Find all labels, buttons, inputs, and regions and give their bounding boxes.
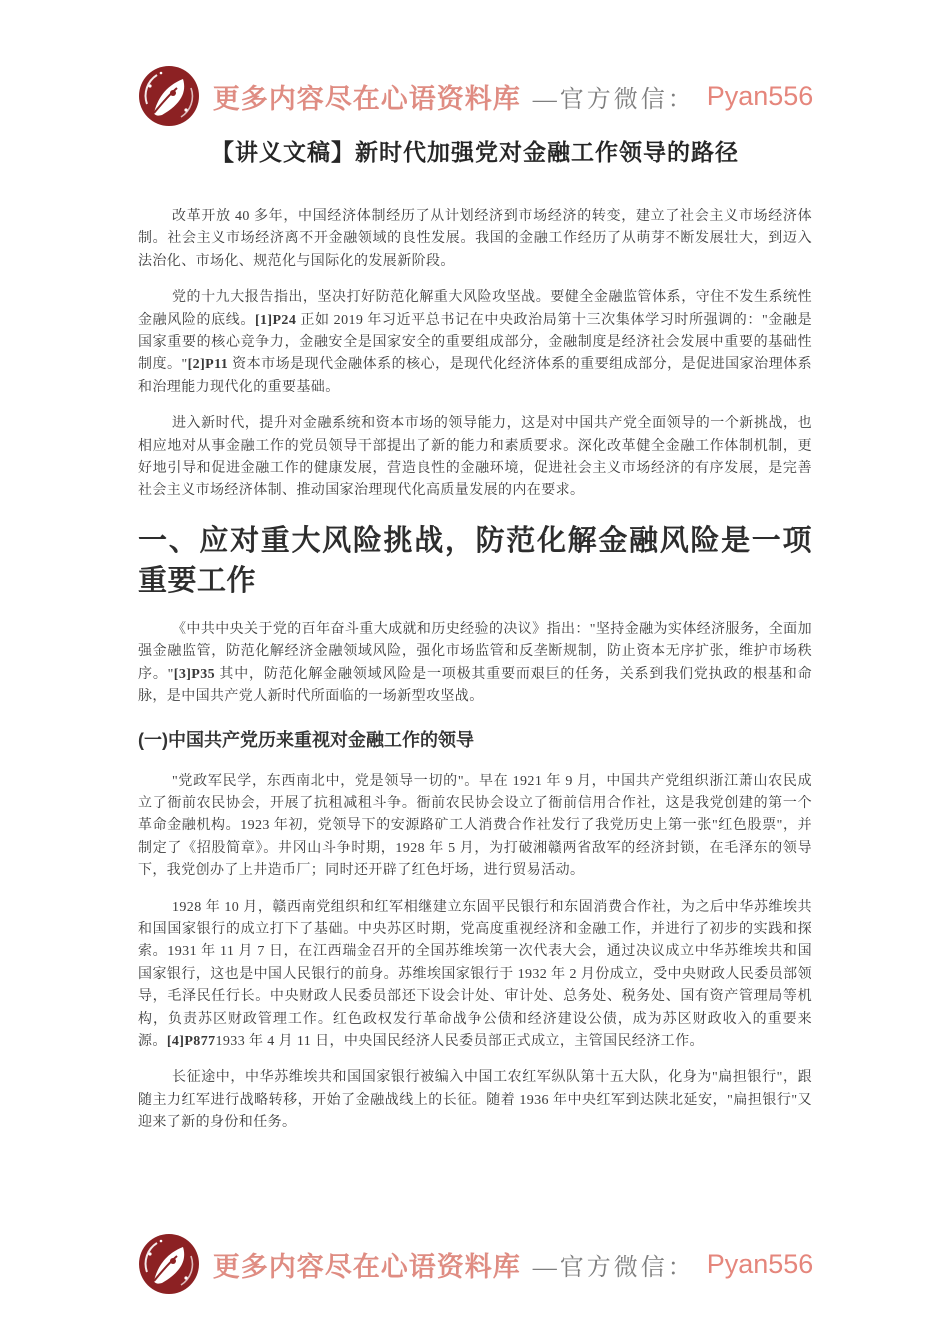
pen-logo-icon bbox=[137, 64, 201, 128]
paragraph-text: 资本市场是现代金融体系的核心，是现代化经济体系的重要组成部分，是促进国家治理体系… bbox=[138, 357, 812, 394]
paragraph-text: 其中，防范化解金融领域风险是一项极其重要而艰巨的任务，关系到我们党执政的根基和命… bbox=[138, 667, 812, 704]
paragraph-intro-1: 改革开放 40 多年，中国经济体制经历了从计划经济到市场经济的转变，建立了社会主… bbox=[138, 206, 812, 273]
paragraph-text: 1928 年 10 月，赣西南党组织和红军相继建立东固平民银行和东固消费合作社，… bbox=[138, 900, 812, 1049]
footer-brand-bar: 更多内容尽在心语资料库 —官方微信： Pyan556 bbox=[0, 1232, 950, 1296]
document-page: 更多内容尽在心语资料库 —官方微信： Pyan556 【讲义文稿】新时代加强党对… bbox=[0, 0, 950, 1344]
paragraph-text: "党政军民学，东西南北中，党是领导一切的"。早在 1921 年 9 月，中国共产… bbox=[138, 774, 812, 879]
paragraph-subsection-3: 长征途中，中华苏维埃共和国国家银行被编入中国工农红军纵队第十五大队，化身为"扁担… bbox=[138, 1067, 812, 1134]
paragraph-section1-1: 《中共中央关于党的百年奋斗重大成就和历史经验的决议》指出："坚持金融为实体经济服… bbox=[138, 619, 812, 709]
paragraph-intro-3: 进入新时代，提升对金融系统和资本市场的领导能力，这是对中国共产党全面领导的一个新… bbox=[138, 413, 812, 503]
citation-ref: [1]P24 bbox=[255, 313, 296, 328]
wechat-label: —官方微信： bbox=[533, 1247, 695, 1282]
paragraph-text: 长征途中，中华苏维埃共和国国家银行被编入中国工农红军纵队第十五大队，化身为"扁担… bbox=[138, 1070, 812, 1130]
paragraph-text: 进入新时代，提升对金融系统和资本市场的领导能力，这是对中国共产党全面领导的一个新… bbox=[138, 416, 812, 498]
wechat-id: Pyan556 bbox=[707, 81, 814, 112]
citation-ref: [2]P11 bbox=[188, 357, 229, 372]
paragraph-subsection-2: 1928 年 10 月，赣西南党组织和红军相继建立东固平民银行和东固消费合作社，… bbox=[138, 897, 812, 1054]
pen-logo-icon bbox=[137, 1232, 201, 1296]
paragraph-text: 改革开放 40 多年，中国经济体制经历了从计划经济到市场经济的转变，建立了社会主… bbox=[138, 209, 812, 269]
paragraph-subsection-1: "党政军民学，东西南北中，党是领导一切的"。早在 1921 年 9 月，中国共产… bbox=[138, 771, 812, 883]
brand-text: 更多内容尽在心语资料库 bbox=[213, 77, 521, 116]
section-heading-1: 一、应对重大风险挑战，防范化解金融风险是一项重要工作 bbox=[138, 521, 812, 601]
document-body: 改革开放 40 多年，中国经济体制经历了从计划经济到市场经济的转变，建立了社会主… bbox=[138, 206, 812, 1149]
citation-ref: [4]P877 bbox=[167, 1034, 216, 1049]
wechat-id: Pyan556 bbox=[707, 1249, 814, 1280]
brand-text: 更多内容尽在心语资料库 bbox=[213, 1245, 521, 1284]
citation-ref: [3]P35 bbox=[174, 667, 215, 682]
document-title: 【讲义文稿】新时代加强党对金融工作领导的路径 bbox=[0, 134, 950, 167]
wechat-label: —官方微信： bbox=[533, 79, 695, 114]
paragraph-text: 1933 年 4 月 11 日，中央国民经济人民委员部正式成立，主管国民经济工作… bbox=[216, 1034, 704, 1049]
header-brand-bar: 更多内容尽在心语资料库 —官方微信： Pyan556 bbox=[0, 64, 950, 128]
subsection-heading-1-1: (一)中国共产党历来重视对金融工作的领导 bbox=[138, 727, 812, 753]
paragraph-intro-2: 党的十九大报告指出，坚决打好防范化解重大风险攻坚战。要健全金融监管体系，守住不发… bbox=[138, 287, 812, 399]
